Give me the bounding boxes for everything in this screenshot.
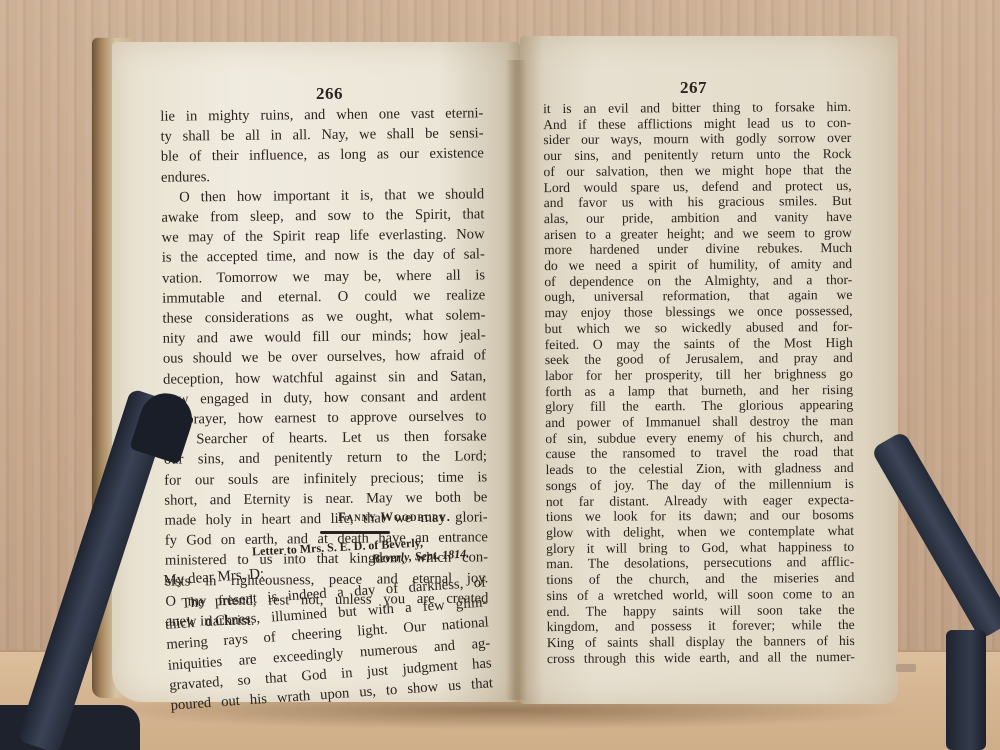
letter-body: The present is indeed a day of darkness,… bbox=[163, 572, 494, 715]
text-line: King of saints shall display the banners… bbox=[547, 633, 855, 651]
text-line: is the accepted time, and now is the day… bbox=[162, 245, 485, 269]
text-line: ble of their influence, as long as our e… bbox=[161, 144, 484, 168]
section-divider-rule bbox=[320, 531, 390, 534]
text-line: tions of the church, and the miseries an… bbox=[546, 570, 854, 588]
text-line: do we need a spirit of humility, of amit… bbox=[544, 256, 852, 274]
text-line: our sins, and penitently return unto the… bbox=[543, 146, 851, 164]
text-line: it is an evil and bitter thing to forsak… bbox=[543, 99, 851, 117]
text-line: cross through this wide earth, and all t… bbox=[547, 649, 855, 667]
shelf-bracket bbox=[896, 664, 916, 672]
text-line: alas, our pride, ambition and vanity hav… bbox=[544, 209, 852, 227]
text-line: songs of joy. The day of the millennium … bbox=[546, 476, 854, 494]
text-line: sins of a wretched world, will soon come… bbox=[546, 586, 854, 604]
text-line: glow with delight, when we contemplate w… bbox=[546, 523, 854, 541]
text-line: of our salvation, then we might hope tha… bbox=[543, 162, 851, 180]
right-page-body: it is an evil and bitter thing to forsak… bbox=[543, 99, 855, 666]
left-page-number: 266 bbox=[316, 84, 343, 104]
book-gutter bbox=[505, 60, 527, 700]
text-line: ous should we be over ourselves, how afr… bbox=[163, 346, 486, 370]
text-line: labor for her prosperity, till her brigh… bbox=[545, 366, 853, 384]
text-line: and power of Immanuel shall destroy the … bbox=[545, 413, 853, 431]
book-stand-right-post bbox=[946, 630, 986, 750]
author-signature: Fanny Woodbury. bbox=[338, 510, 451, 525]
text-line: but which we so wickedly abused and for- bbox=[545, 319, 853, 337]
right-page-number: 267 bbox=[680, 78, 707, 98]
